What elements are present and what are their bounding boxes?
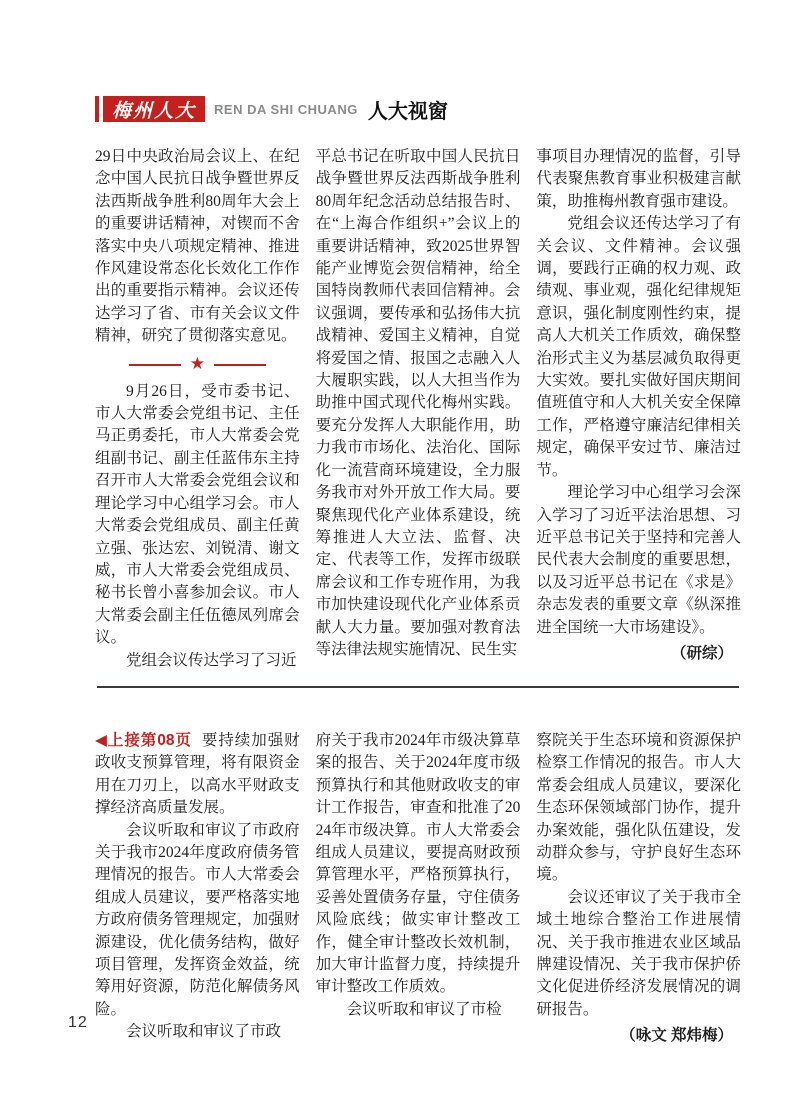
- paragraph: 9月26日，受市委书记、市人大常委会党组书记、主任马正勇委托，市人大常委会党组副…: [95, 381, 300, 650]
- separator-line: [129, 364, 181, 366]
- newspaper-page: 梅州人大 REN DA SHI CHUANG 人大视窗 29日中央政治局会议上、…: [0, 0, 805, 1100]
- masthead-latin-subtitle: REN DA SHI CHUANG: [214, 102, 358, 117]
- masthead-logo: 梅州人大: [103, 96, 205, 122]
- paragraph: 理论学习中心组学习会深入学习了习近平法治思想、习近平总书记关于坚持和完善人民代表…: [536, 482, 741, 639]
- paragraph: 事项目办理情况的监督，引导代表聚焦教育事业积极建言献策，助推梅州教育强市建设。: [536, 146, 741, 213]
- paragraph: 会议听取和审议了市检: [316, 999, 521, 1021]
- page-content: 29日中央政治局会议上、在纪念中国人民抗日战争暨世界反法西斯战争胜利80周年大会…: [95, 146, 741, 1048]
- masthead: 梅州人大 REN DA SHI CHUANG 人大视窗: [95, 94, 448, 124]
- top-article: 29日中央政治局会议上、在纪念中国人民抗日战争暨世界反法西斯战争胜利80周年大会…: [95, 146, 741, 672]
- bottom-article-column-3: 察院关于生态环境和资源保护检察工作情况的报告。市人大常委会组成人员建议，要深化生…: [536, 730, 741, 1048]
- section-title: 人大视窗: [368, 95, 448, 124]
- bottom-article: ◀上接第08页要持续加强财政收支预算管理，将有限资金用在刀刃上，以高水平财政支撑…: [95, 730, 741, 1048]
- article-byline: （研综）: [536, 643, 741, 665]
- star-icon: ★: [190, 356, 205, 373]
- paragraph: 平总书记在听取中国人民抗日战争暨世界反法西斯战争胜利80周年纪念活动总结报告时、…: [316, 146, 521, 661]
- separator-line: [214, 364, 266, 366]
- paragraph: 会议还审议了关于我市全域土地综合整治工作进展情况、关于我市推进农业区域品牌建设情…: [536, 887, 741, 1021]
- bottom-article-column-1: ◀上接第08页要持续加强财政收支预算管理，将有限资金用在刀刃上，以高水平财政支撑…: [95, 730, 300, 1048]
- paragraph: 府关于我市2024年市级决算草案的报告、关于2024年度市级预算执行和其他财政收…: [316, 730, 521, 999]
- top-article-column-2: 平总书记在听取中国人民抗日战争暨世界反法西斯战争胜利80周年纪念活动总结报告时、…: [316, 146, 521, 672]
- paragraph: 察院关于生态环境和资源保护检察工作情况的报告。市人大常委会组成人员建议，要深化生…: [536, 730, 741, 887]
- paragraph: 29日中央政治局会议上、在纪念中国人民抗日战争暨世界反法西斯战争胜利80周年大会…: [95, 146, 300, 348]
- top-article-column-1: 29日中央政治局会议上、在纪念中国人民抗日战争暨世界反法西斯战争胜利80周年大会…: [95, 146, 300, 672]
- paragraph: 党组会议还传达学习了有关会议、文件精神。会议强调，要践行正确的权力观、政绩观、事…: [536, 213, 741, 482]
- spacer: [95, 688, 741, 730]
- continued-from-label: ◀上接第08页: [95, 732, 192, 749]
- article-byline: （咏文 郑炜梅）: [536, 1025, 741, 1047]
- paragraph: 党组会议传达学习了习近: [95, 650, 300, 672]
- paragraph: 会议听取和审议了市政府关于我市2024年度政府债务管理情况的报告。市人大常委会组…: [95, 820, 300, 1022]
- star-separator: ★: [109, 355, 286, 375]
- bottom-article-column-2: 府关于我市2024年市级决算草案的报告、关于2024年度市级预算执行和其他财政收…: [316, 730, 521, 1048]
- masthead-red-bar: [95, 96, 99, 122]
- paragraph: 会议听取和审议了市政: [95, 1021, 300, 1043]
- page-number: 12: [68, 1014, 88, 1032]
- paragraph: ◀上接第08页要持续加强财政收支预算管理，将有限资金用在刀刃上，以高水平财政支撑…: [95, 730, 300, 820]
- top-article-column-3: 事项目办理情况的监督，引导代表聚焦教育事业积极建言献策，助推梅州教育强市建设。 …: [536, 146, 741, 672]
